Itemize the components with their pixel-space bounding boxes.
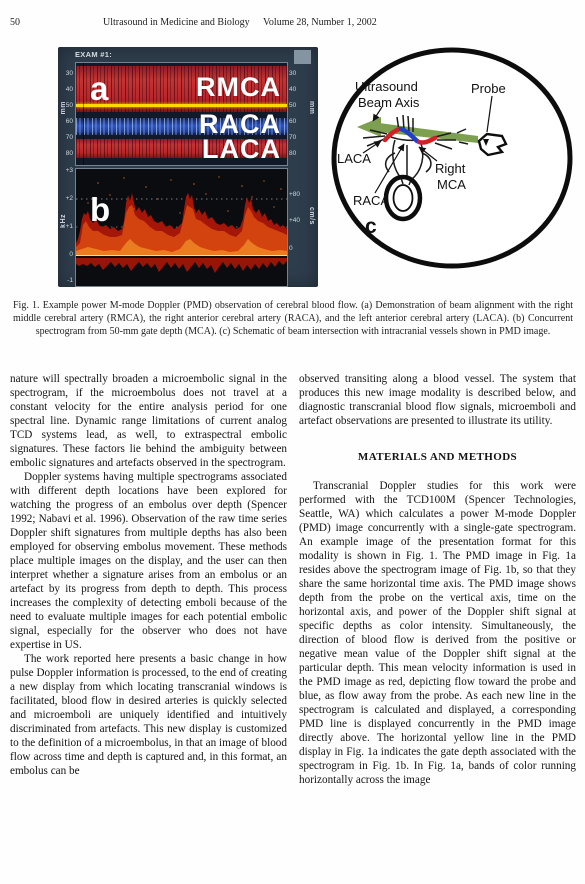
depth-tick: 40 <box>289 86 307 93</box>
paragraph: observed transiting along a blood vessel… <box>299 372 576 428</box>
panel-b-label: b <box>90 193 110 226</box>
depth-axis-unit-left: mm <box>60 101 67 114</box>
depth-tick: 80 <box>289 150 307 157</box>
depth-tick: 70 <box>59 134 73 141</box>
pmd-image: EXAM #1: 30 40 50 60 70 80 30 40 50 60 7… <box>58 47 318 287</box>
exam-label: EXAM #1: <box>75 50 112 59</box>
velocity-tick: 0 <box>289 245 307 252</box>
depth-axis-unit-right: mm <box>308 101 315 114</box>
depth-tick: 80 <box>59 150 73 157</box>
beam-axis-label-1: Ultrasound <box>355 79 418 94</box>
section-heading: MATERIALS AND METHODS <box>299 450 576 464</box>
panel-c-label: c <box>365 215 377 238</box>
journal-title: Ultrasound in Medicine and Biology <box>103 17 250 28</box>
raca-schematic-label: RACA <box>353 193 389 208</box>
figure-caption: Fig. 1. Example power M-mode Doppler (PM… <box>13 299 573 338</box>
depth-tick: 60 <box>59 118 73 125</box>
laca-label: LACA <box>202 136 281 163</box>
velocity-tick: +40 <box>289 217 307 224</box>
paragraph: nature will spectrally broaden a microem… <box>10 372 287 470</box>
pmd-panel-a: a RMCA RACA LACA <box>75 62 288 166</box>
depth-tick: 50 <box>289 102 307 109</box>
depth-tick: 30 <box>59 70 73 77</box>
freq-tick: +2 <box>59 195 73 202</box>
paragraph: Transcranial Doppler studies for this wo… <box>299 479 576 787</box>
page-number: 50 <box>10 17 20 28</box>
freq-tick: -1 <box>59 277 73 284</box>
panel-a-label: a <box>90 72 108 105</box>
probe-label: Probe <box>471 81 506 96</box>
pmd-panel-b: b <box>75 168 288 287</box>
time-cursor <box>83 63 84 165</box>
paragraph: The work reported here presents a basic … <box>10 652 287 778</box>
journal-page: 50 Ultrasound in Medicine and Biology Vo… <box>0 0 585 884</box>
beam-axis-label-2: Beam Axis <box>358 95 420 110</box>
depth-tick: 30 <box>289 70 307 77</box>
left-column: nature will spectrally broaden a microem… <box>10 372 287 778</box>
depth-tick: 70 <box>289 134 307 141</box>
paragraph: Doppler systems having multiple spectrog… <box>10 470 287 652</box>
depth-tick: 40 <box>59 86 73 93</box>
right-column: observed transiting along a blood vessel… <box>299 372 576 787</box>
head-schematic: Ultrasound Beam Axis Probe LACA RACA Rig… <box>325 45 577 277</box>
rmca-schematic-label-1: Right <box>435 161 466 176</box>
rmca-label: RMCA <box>196 74 281 101</box>
probe-shape <box>479 134 506 155</box>
velocity-tick: +80 <box>289 191 307 198</box>
rmca-schematic-label-2: MCA <box>437 177 466 192</box>
issue-info: Volume 28, Number 1, 2002 <box>263 17 377 28</box>
laca-schematic-label: LACA <box>337 151 371 166</box>
freq-tick: 0 <box>59 251 73 258</box>
freq-tick: +3 <box>59 167 73 174</box>
depth-tick: 60 <box>289 118 307 125</box>
velocity-axis-unit: cm/s <box>308 207 315 225</box>
freq-axis-unit: kHz <box>60 214 67 228</box>
corner-block <box>294 50 311 64</box>
